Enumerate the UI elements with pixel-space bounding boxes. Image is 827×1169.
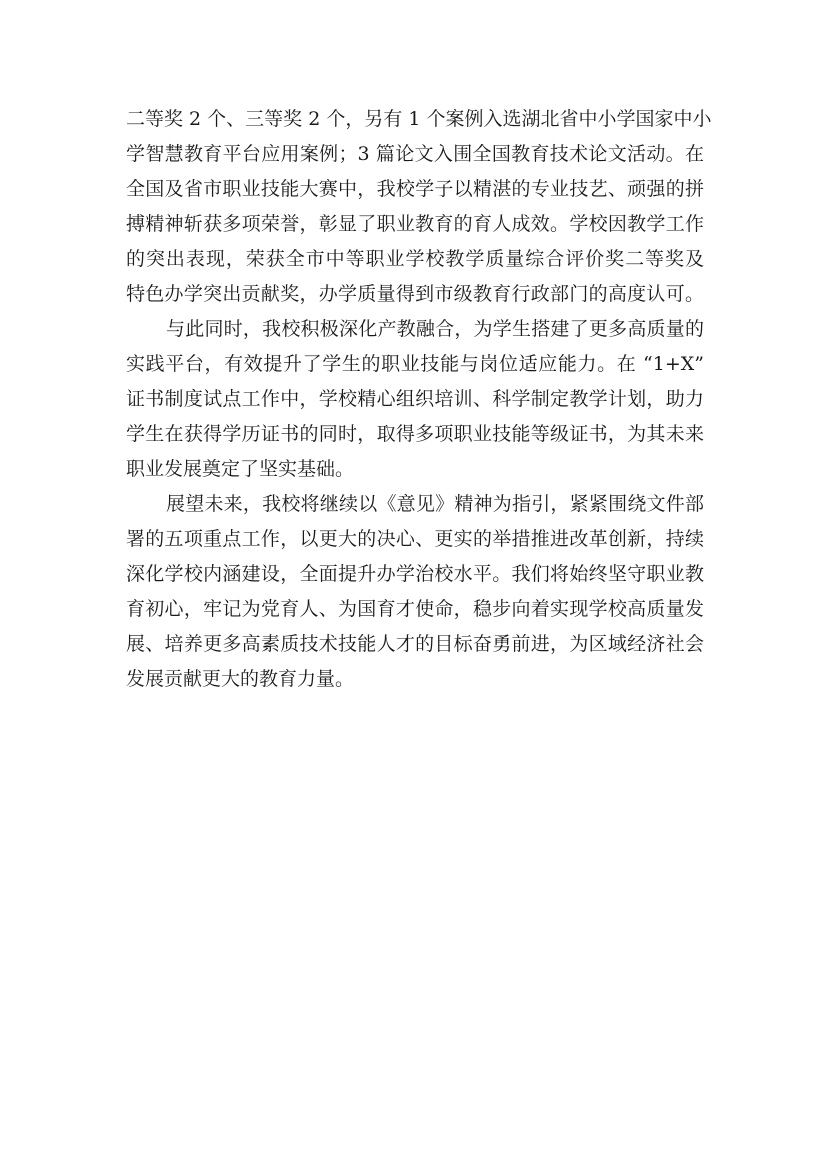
paragraph-2: 与此同时，我校积极深化产教融合，为学生搭建了更多高质量的 实践平台，有效提升了学… [126, 312, 704, 487]
text-line: 展、培养更多高素质技术技能人才的目标奋勇前进，为区域经济社会 [126, 627, 704, 662]
text-line: 署的五项重点工作，以更大的决心、更实的举措推进改革创新，持续 [126, 522, 704, 557]
text-line: 与此同时，我校积极深化产教融合，为学生搭建了更多高质量的 [126, 312, 704, 347]
text-line: 学生在获得学历证书的同时，取得多项职业技能等级证书，为其未来 [126, 417, 704, 452]
text-line: 职业发展奠定了坚实基础。 [126, 452, 704, 487]
text-line: 特色办学突出贡献奖，办学质量得到市级教育行政部门的高度认可。 [126, 277, 704, 312]
text-line: 展望未来，我校将继续以《意见》精神为指引，紧紧围绕文件部 [126, 487, 704, 522]
text-line: 实践平台，有效提升了学生的职业技能与岗位适应能力。在 “1+X” [126, 347, 704, 382]
text-line: 深化学校内涵建设，全面提升办学治校水平。我们将始终坚守职业教 [126, 557, 704, 592]
paragraph-1: 二等奖 2 个、三等奖 2 个，另有 1 个案例入选湖北省中小学国家中小 学智慧… [126, 102, 704, 312]
document-page: 二等奖 2 个、三等奖 2 个，另有 1 个案例入选湖北省中小学国家中小 学智慧… [126, 102, 704, 697]
paragraph-3: 展望未来，我校将继续以《意见》精神为指引，紧紧围绕文件部 署的五项重点工作，以更… [126, 487, 704, 697]
text-line: 学智慧教育平台应用案例；3 篇论文入围全国教育技术论文活动。在 [126, 137, 704, 172]
text-line: 搏精神斩获多项荣誉，彰显了职业教育的育人成效。学校因教学工作 [126, 207, 704, 242]
text-line: 证书制度试点工作中，学校精心组织培训、科学制定教学计划，助力 [126, 382, 704, 417]
text-line: 全国及省市职业技能大赛中，我校学子以精湛的专业技艺、顽强的拼 [126, 172, 704, 207]
text-line: 的突出表现，荣获全市中等职业学校教学质量综合评价奖二等奖及 [126, 242, 704, 277]
text-line: 育初心，牢记为党育人、为国育才使命，稳步向着实现学校高质量发 [126, 592, 704, 627]
text-line: 发展贡献更大的教育力量。 [126, 662, 704, 697]
text-line: 二等奖 2 个、三等奖 2 个，另有 1 个案例入选湖北省中小学国家中小 [126, 102, 704, 137]
